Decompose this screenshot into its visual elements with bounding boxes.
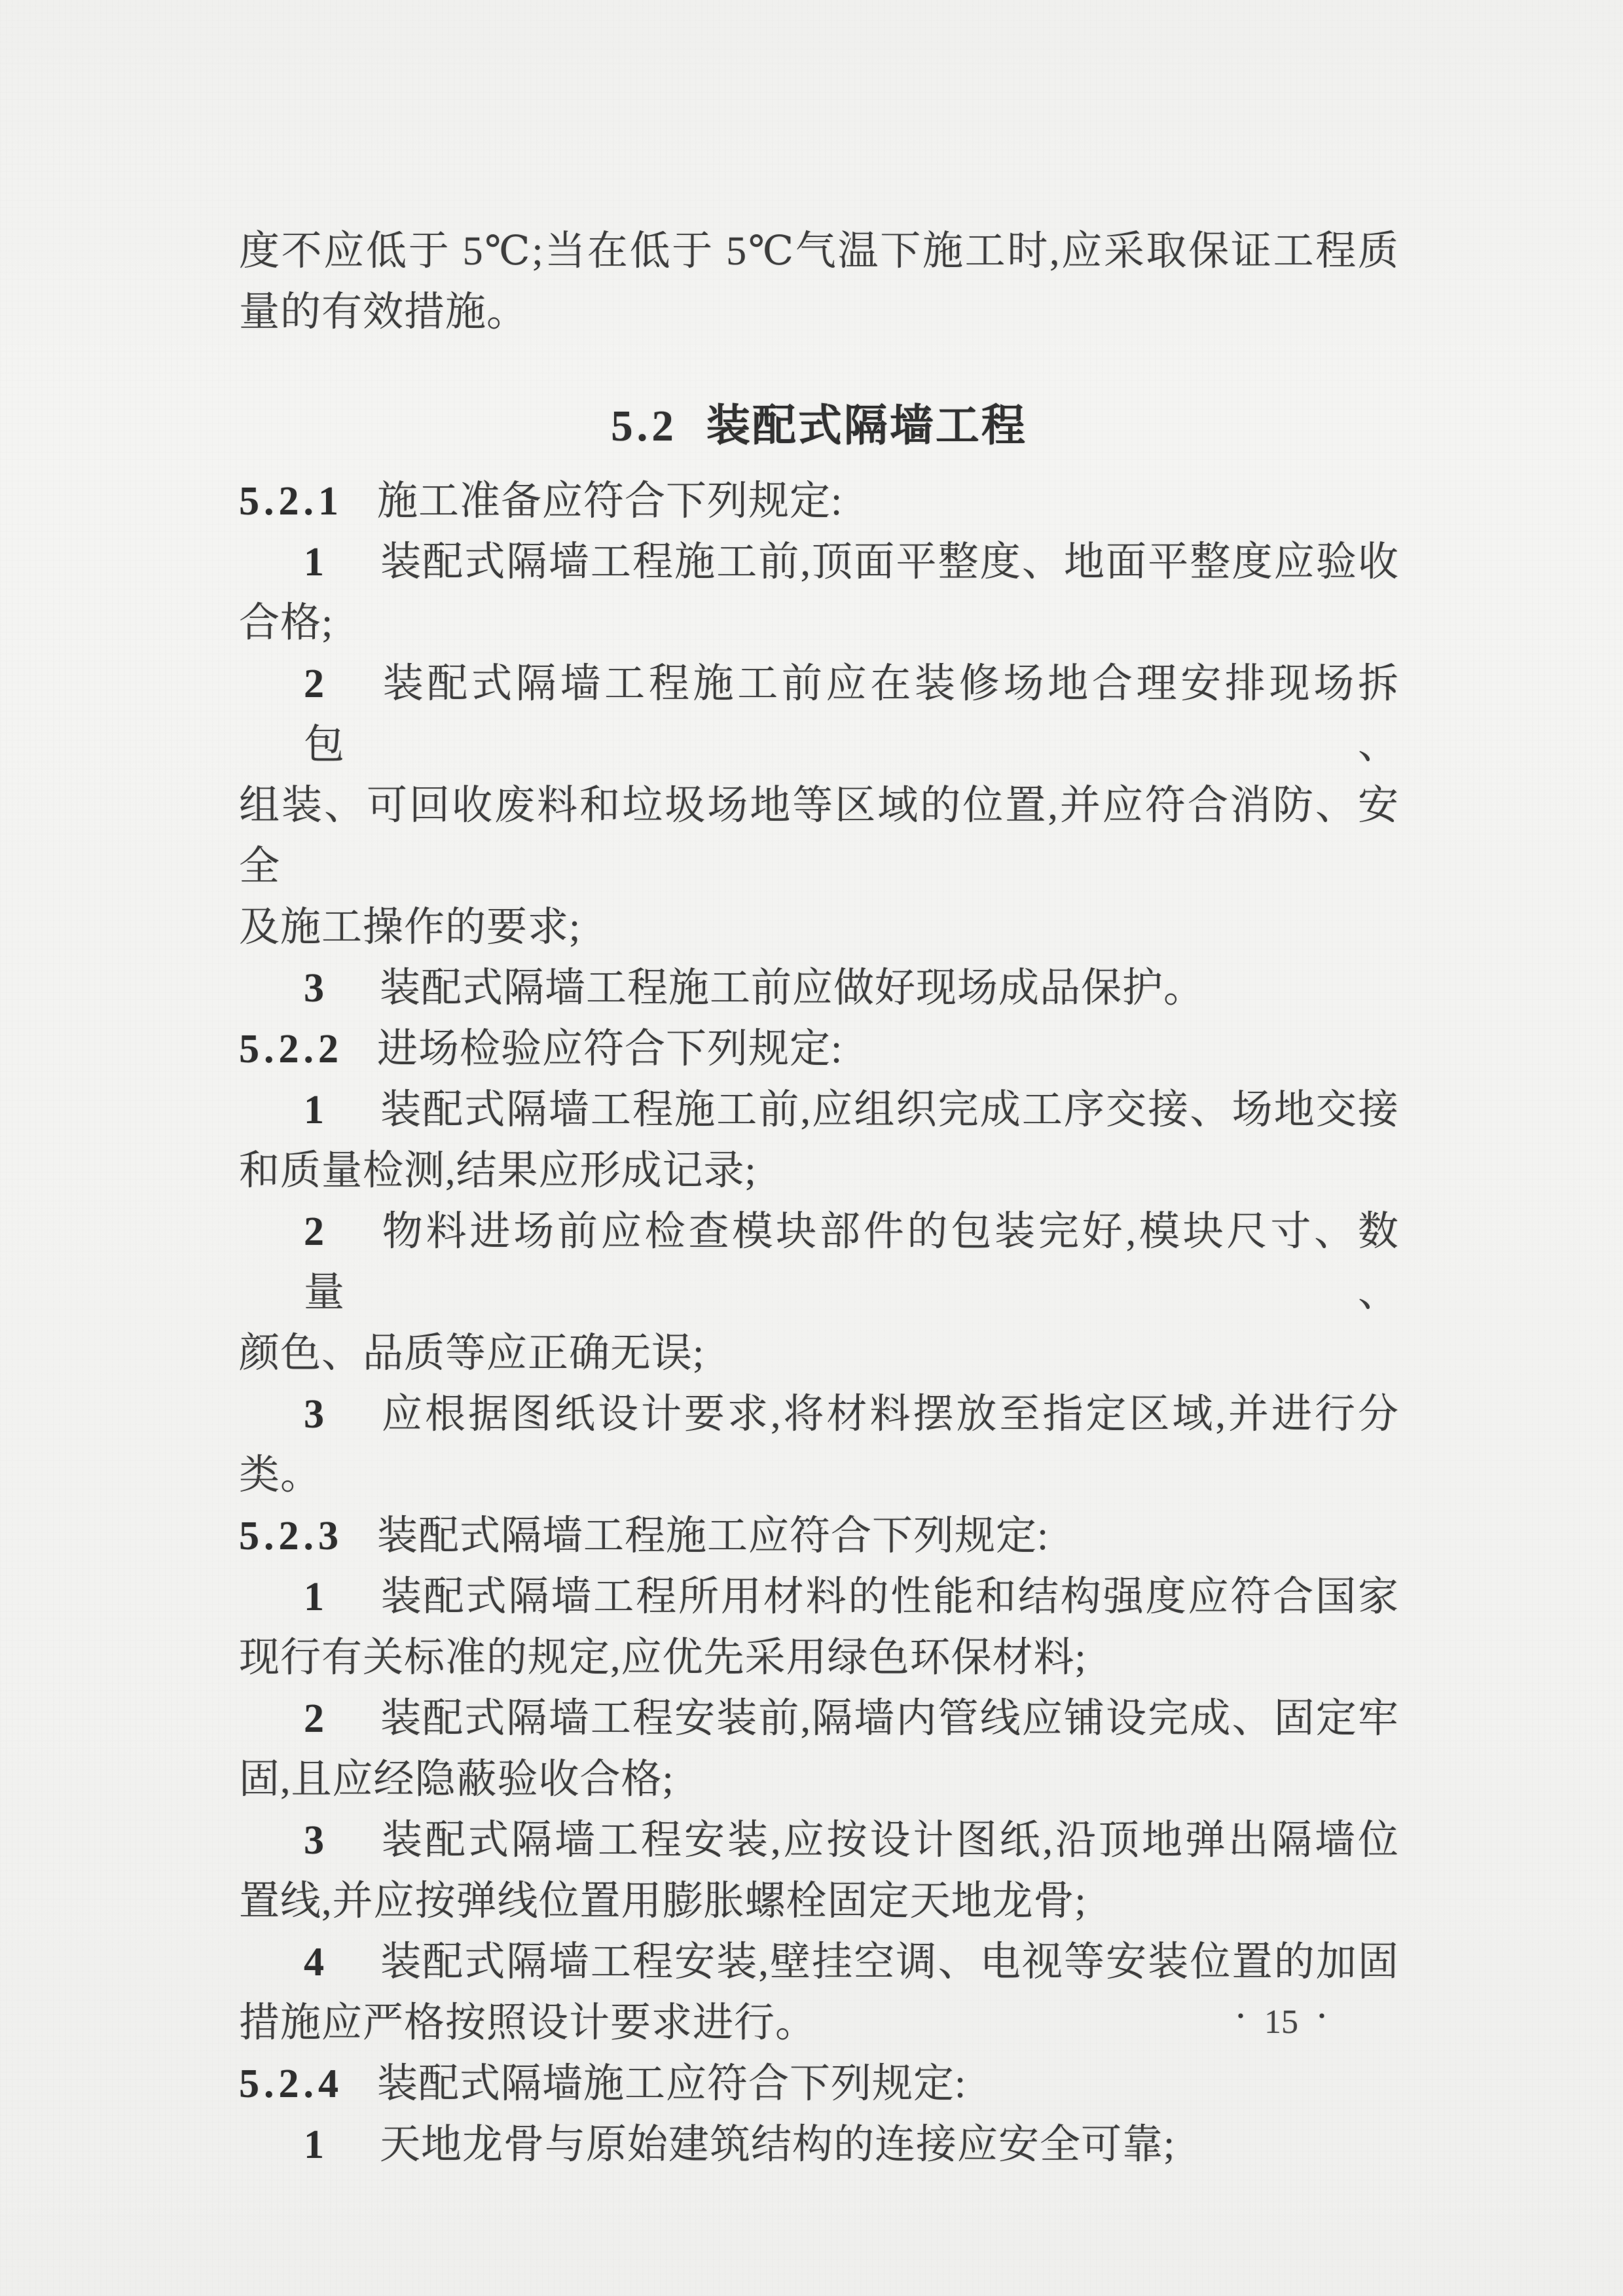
- text-line: 固,且应经隐蔽验收合格;: [239, 1749, 1399, 1810]
- item-line: 1装配式隔墙工程施工前,应组织完成工序交接、场地交接: [239, 1080, 1399, 1141]
- item-number: 2: [304, 1202, 325, 1263]
- item-line: 3应根据图纸设计要求,将材料摆放至指定区域,并进行分: [239, 1384, 1399, 1445]
- text-line: 现行有关标准的规定,应优先采用绿色环保材料;: [239, 1628, 1399, 1689]
- line-text: 和质量检测,结果应形成记录;: [239, 1149, 757, 1193]
- footer-dot-right: ·: [1315, 1994, 1328, 2037]
- line-text: 置线,并应按弹线位置用膨胀螺栓固定天地龙骨;: [239, 1879, 1087, 1924]
- item-line: 2物料进场前应检查模块部件的包装完好,模块尺寸、数量、: [239, 1202, 1399, 1323]
- item-line: 2装配式隔墙工程施工前应在装修场地合理安排现场拆包、: [239, 654, 1399, 776]
- line-text: 装配式隔墙工程施工前应做好现场成品保护。: [380, 966, 1205, 1011]
- item-line: 1装配式隔墙工程施工前,顶面平整度、地面平整度应验收: [239, 532, 1399, 593]
- line-text: 现行有关标准的规定,应优先采用绿色环保材料;: [239, 1636, 1087, 1680]
- clause-number: 5.2.2: [239, 1019, 343, 1080]
- line-text: 装配式隔墙工程施工前,应组织完成工序交接、场地交接: [380, 1088, 1399, 1132]
- line-text: 及施工操作的要求;: [239, 905, 581, 950]
- text-line: 合格;: [239, 593, 1399, 654]
- line-text: 组装、可回收废料和垃圾场地等区域的位置,并应符合消防、安全: [239, 783, 1399, 889]
- line-text: 天地龙骨与原始建筑结构的连接应安全可靠;: [380, 2123, 1175, 2167]
- line-text: 固,且应经隐蔽验收合格;: [239, 1757, 674, 1802]
- line-text: 措施应严格按照设计要求进行。: [239, 2001, 816, 2045]
- line-text: 量的有效措施。: [239, 290, 528, 334]
- line-text: 施工准备应符合下列规定:: [377, 479, 843, 524]
- item-number: 3: [304, 1384, 325, 1445]
- text-line: 和质量检测,结果应形成记录;: [239, 1141, 1399, 1202]
- item-line: 3装配式隔墙工程安装,应按设计图纸,沿顶地弹出隔墙位: [239, 1810, 1399, 1871]
- line-text: 装配式隔墙工程安装前,隔墙内管线应铺设完成、固定牢: [380, 1696, 1399, 1741]
- item-number: 1: [304, 1567, 325, 1628]
- line-text: 装配式隔墙施工应符合下列规定:: [377, 2062, 966, 2106]
- line-text: 装配式隔墙工程施工前应在装修场地合理安排现场拆包、: [304, 662, 1399, 767]
- line-text: 装配式隔墙工程安装,壁挂空调、电视等安装位置的加固: [380, 1940, 1399, 1984]
- line-text: 物料进场前应检查模块部件的包装完好,模块尺寸、数量、: [304, 1210, 1399, 1315]
- text-line: 类。: [239, 1445, 1399, 1506]
- line-text: 装配式隔墙工程施工应符合下列规定:: [377, 1514, 1049, 1558]
- clause-line: 5.2.1施工准备应符合下列规定:: [239, 471, 1399, 532]
- section-title: 装配式隔墙工程: [706, 401, 1027, 450]
- page-footer: ·15·: [1217, 1990, 1345, 2049]
- item-number: 4: [304, 1932, 325, 1993]
- item-line: 1天地龙骨与原始建筑结构的连接应安全可靠;: [239, 2115, 1399, 2176]
- line-text: 装配式隔墙工程安装,应按设计图纸,沿顶地弹出隔墙位: [380, 1818, 1399, 1863]
- line-text: 应根据图纸设计要求,将材料摆放至指定区域,并进行分: [380, 1392, 1399, 1437]
- item-number: 1: [304, 2115, 325, 2176]
- line-text: 颜色、品质等应正确无误;: [239, 1331, 704, 1376]
- text-line: 量的有效措施。: [239, 282, 1399, 343]
- line-text: 进场检验应符合下列规定:: [377, 1027, 843, 1071]
- item-number: 2: [304, 654, 325, 715]
- text-line: 组装、可回收废料和垃圾场地等区域的位置,并应符合消防、安全: [239, 776, 1399, 897]
- text-line: 及施工操作的要求;: [239, 897, 1399, 958]
- clause-number: 5.2.3: [239, 1506, 343, 1567]
- item-number: 3: [304, 958, 325, 1019]
- item-number: 2: [304, 1689, 325, 1749]
- item-number: 1: [304, 532, 325, 593]
- item-number: 1: [304, 1080, 325, 1141]
- line-text: 合格;: [239, 601, 333, 645]
- section-heading: 5.2装配式隔墙工程: [239, 395, 1399, 457]
- clause-number: 5.2.4: [239, 2054, 343, 2115]
- clause-line: 5.2.4装配式隔墙施工应符合下列规定:: [239, 2054, 1399, 2115]
- text-line: 颜色、品质等应正确无误;: [239, 1323, 1399, 1384]
- clause-line: 5.2.3装配式隔墙工程施工应符合下列规定:: [239, 1506, 1399, 1567]
- text-line: 度不应低于 5℃;当在低于 5℃气温下施工时,应采取保证工程质: [239, 221, 1399, 282]
- page-number: 15: [1264, 2003, 1298, 2041]
- clause-number: 5.2.1: [239, 471, 343, 532]
- item-line: 4装配式隔墙工程安装,壁挂空调、电视等安装位置的加固: [239, 1932, 1399, 1993]
- line-text: 类。: [239, 1453, 321, 1498]
- page: 度不应低于 5℃;当在低于 5℃气温下施工时,应采取保证工程质 量的有效措施。 …: [0, 0, 1623, 2296]
- document-body: 度不应低于 5℃;当在低于 5℃气温下施工时,应采取保证工程质 量的有效措施。 …: [239, 221, 1399, 2176]
- item-number: 3: [304, 1810, 325, 1871]
- item-line: 1装配式隔墙工程所用材料的性能和结构强度应符合国家: [239, 1567, 1399, 1628]
- footer-dot-left: ·: [1234, 1994, 1247, 2037]
- item-line: 3装配式隔墙工程施工前应做好现场成品保护。: [239, 958, 1399, 1019]
- clause-line: 5.2.2进场检验应符合下列规定:: [239, 1019, 1399, 1080]
- item-line: 2装配式隔墙工程安装前,隔墙内管线应铺设完成、固定牢: [239, 1689, 1399, 1749]
- section-number: 5.2: [611, 402, 678, 450]
- line-text: 度不应低于 5℃;当在低于 5℃气温下施工时,应采取保证工程质: [239, 229, 1399, 274]
- text-line: 置线,并应按弹线位置用膨胀螺栓固定天地龙骨;: [239, 1871, 1399, 1932]
- line-text: 装配式隔墙工程施工前,顶面平整度、地面平整度应验收: [380, 540, 1399, 584]
- line-text: 装配式隔墙工程所用材料的性能和结构强度应符合国家: [380, 1575, 1399, 1619]
